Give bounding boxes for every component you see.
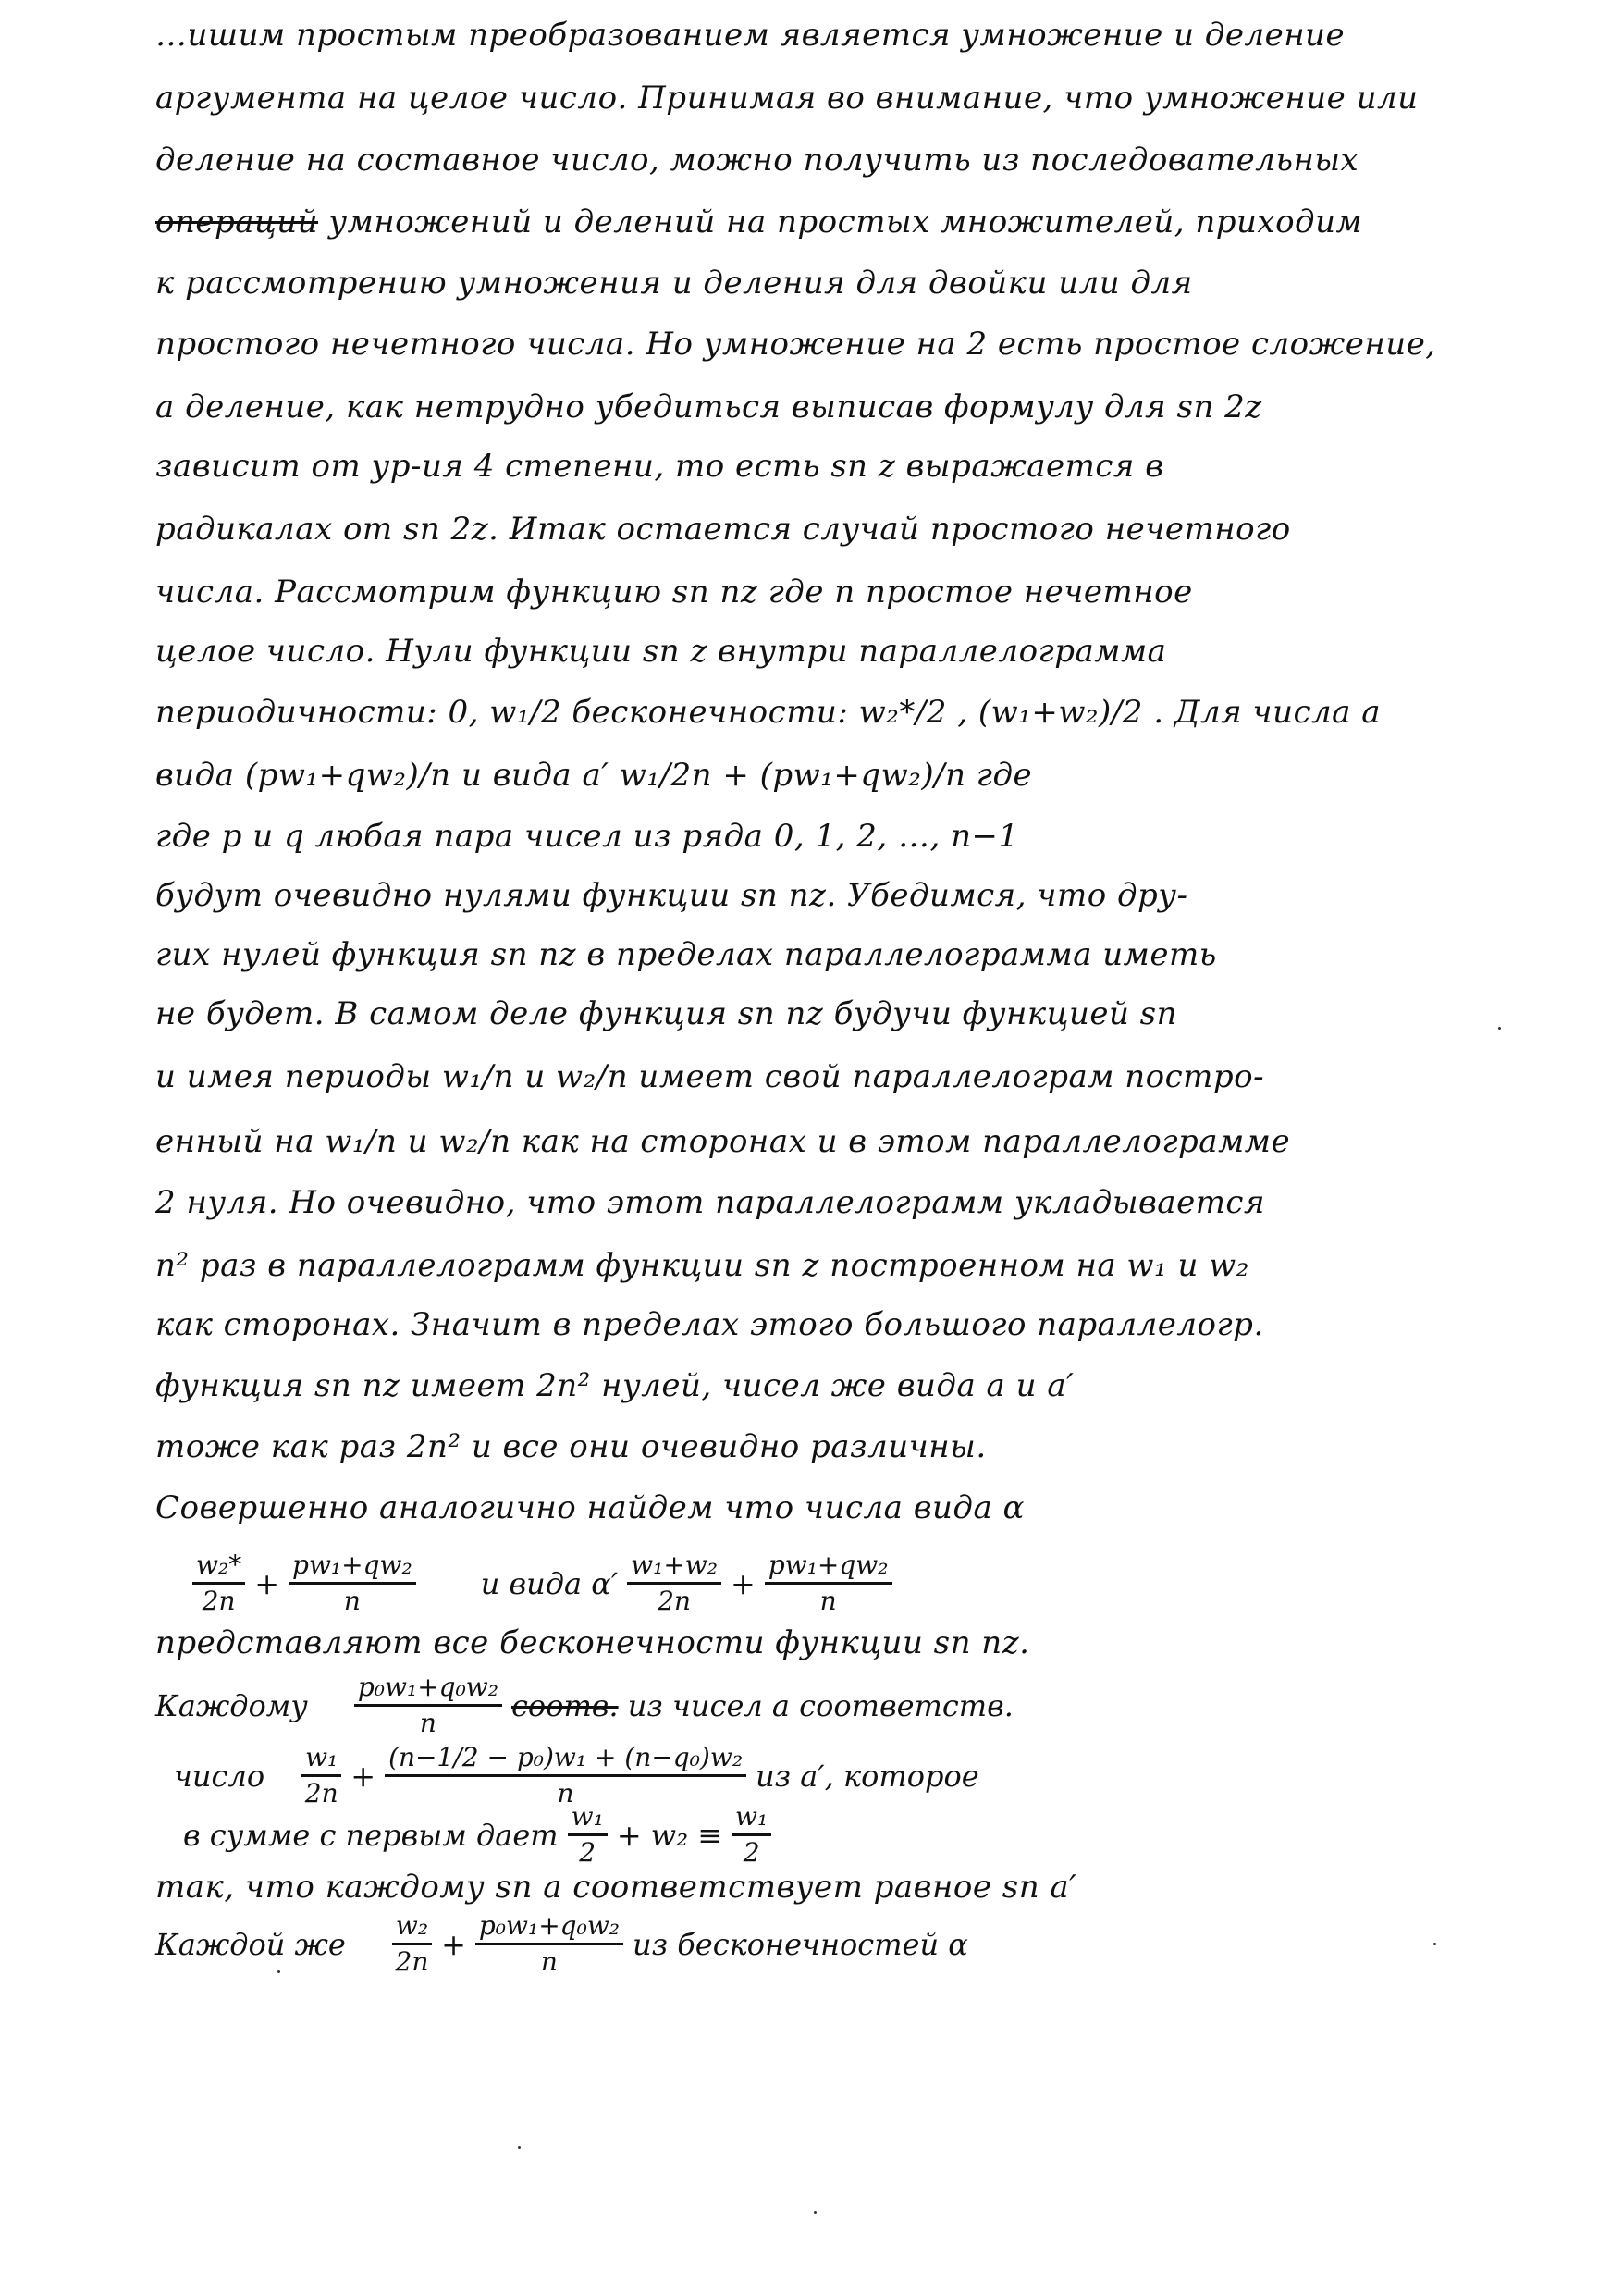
manuscript-line-19: енный на w₁/n и w₂/n как на сторонах и в… xyxy=(155,1123,1290,1160)
fraction: w₁ 2 xyxy=(732,1802,771,1868)
manuscript-line-16: гих нулей функция sn nz в пределах парал… xyxy=(155,936,1217,973)
scan-speck xyxy=(1433,1943,1436,1945)
manuscript-line-31: так, что каждому sn a соответствует равн… xyxy=(155,1869,1076,1906)
manuscript-line-4-rest: умножений и делений на простых множителе… xyxy=(328,204,1362,241)
fraction: p₀w₁+q₀w₂ n xyxy=(475,1911,623,1977)
manuscript-line-11: целое число. Нули функции sn z внутри па… xyxy=(155,633,1166,670)
fraction: w₁+w₂ 2n xyxy=(627,1550,721,1616)
fraction: (n−1/2 − p₀)w₁ + (n−q₀)w₂ n xyxy=(385,1743,746,1808)
manuscript-line-5: к рассмотрению умножения и деления для д… xyxy=(155,265,1193,302)
manuscript-line-20: 2 нуля. Но очевидно, что этот параллелог… xyxy=(155,1184,1265,1221)
manuscript-line-13: вида (pw₁+qw₂)/n и вида a′ w₁/2n + (pw₁+… xyxy=(155,757,1032,794)
manuscript-line-2: аргумента на целое число. Принимая во вн… xyxy=(155,80,1419,117)
formula-alpha-forms: w₂* 2n + pw₁+qw₂ n и вида α′ w₁+w₂ 2n + … xyxy=(192,1550,892,1616)
formula-corresponding-a-prime: число w₁ 2n + (n−1/2 − p₀)w₁ + (n−q₀)w₂ … xyxy=(174,1743,979,1808)
formula-each-a: Каждому p₀w₁+q₀w₂ n соотв. из чисел a со… xyxy=(155,1673,1014,1738)
fraction: w₁ 2 xyxy=(568,1802,608,1868)
fraction: pw₁+qw₂ n xyxy=(289,1550,416,1616)
manuscript-line-6: простого нечетного числа. Но умножение н… xyxy=(155,326,1436,363)
fraction: w₂* 2n xyxy=(192,1550,245,1616)
scan-speck xyxy=(277,1970,280,1973)
manuscript-line-14: где p и q любая пара чисел из ряда 0, 1,… xyxy=(155,818,1019,855)
manuscript-line-25: Совершенно аналогично найдем что числа в… xyxy=(155,1489,1025,1526)
manuscript-line-1: …ишим простым преобразованием является у… xyxy=(155,17,1345,54)
manuscript-line-9: радикалах от sn 2z. Итак остается случай… xyxy=(155,511,1291,548)
scan-speck xyxy=(1498,1027,1501,1030)
formula-each-alpha: Каждой же w₂ 2n + p₀w₁+q₀w₂ n из бесконе… xyxy=(155,1911,968,1977)
manuscript-line-23: функция sn nz имеет 2n² нулей, чисел же … xyxy=(155,1367,1074,1404)
scan-speck xyxy=(518,2146,521,2149)
manuscript-line-27: представляют все бесконечности функции s… xyxy=(155,1624,1029,1661)
manuscript-line-15: будут очевидно нулями функции sn nz. Убе… xyxy=(155,877,1188,914)
fraction: pw₁+qw₂ n xyxy=(765,1550,892,1616)
manuscript-line-22: как сторонах. Значит в пределах этого бо… xyxy=(155,1306,1264,1343)
struck-word: операций xyxy=(155,204,318,241)
fraction: w₁ 2n xyxy=(301,1743,341,1808)
manuscript-line-12: периодичности: 0, w₁/2 бесконечности: w₂… xyxy=(155,694,1381,731)
manuscript-line-7: а деление, как нетрудно убедиться выписа… xyxy=(155,389,1262,426)
manuscript-line-3: деление на составное число, можно получи… xyxy=(155,142,1359,179)
fraction: w₂ 2n xyxy=(392,1911,432,1977)
manuscript-line-10: числа. Рассмотрим функцию sn nz где n пр… xyxy=(155,574,1193,611)
scan-speck xyxy=(814,2211,817,2214)
manuscript-line-18: и имея периоды w₁/n и w₂/n имеет свой па… xyxy=(155,1058,1264,1095)
manuscript-line-21: n² раз в параллелограмм функции sn z пос… xyxy=(155,1247,1249,1284)
formula-sum-identity: в сумме с первым дает w₁ 2 + w₂ ≡ w₁ 2 xyxy=(183,1802,771,1868)
manuscript-line-24: тоже как раз 2n² и все они очевидно разл… xyxy=(155,1428,987,1465)
manuscript-page: …ишим простым преобразованием является у… xyxy=(0,0,1623,2296)
manuscript-line-4: операций умножений и делений на простых … xyxy=(155,204,1362,241)
manuscript-line-8: зависит от ур-ия 4 степени, то есть sn z… xyxy=(155,448,1164,485)
manuscript-line-17: не будет. В самом деле функция sn nz буд… xyxy=(155,995,1177,1032)
fraction: p₀w₁+q₀w₂ n xyxy=(354,1673,502,1738)
